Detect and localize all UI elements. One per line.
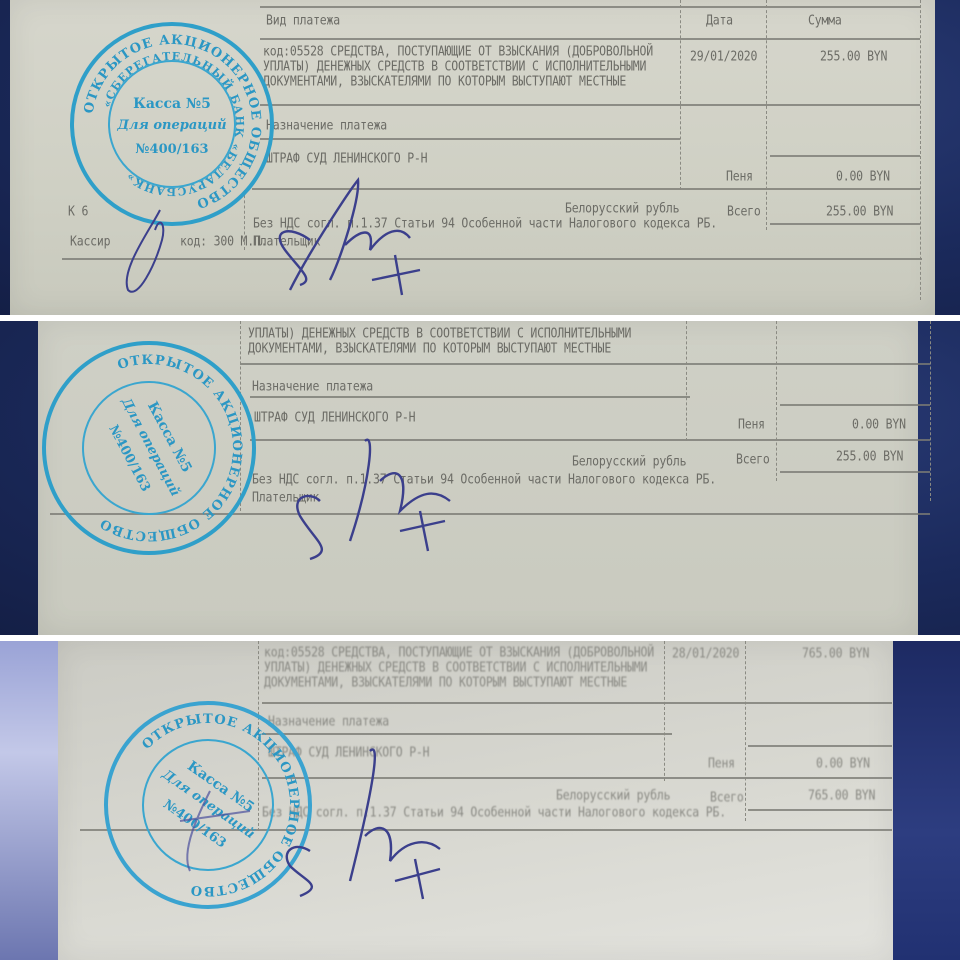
total-value: 255.00 BYN: [836, 448, 903, 464]
total-label: Всего: [736, 451, 770, 467]
vat-note: Без НДС согл. п.1.37 Статьи 94 Особенной…: [262, 804, 726, 820]
currency-label: Белорусский рубль: [556, 787, 670, 803]
payment-type-line: код:05528 СРЕДСТВА, ПОСТУПАЮЩИЕ ОТ ВЗЫСК…: [264, 644, 654, 660]
purpose-label: Назначение платежа: [268, 713, 389, 729]
receipt-photo-3: код:05528 СРЕДСТВА, ПОСТУПАЮЩИЕ ОТ ВЗЫСК…: [0, 641, 960, 960]
cashier-code: код: 300 М.П.: [180, 233, 267, 249]
light-background: [0, 641, 58, 960]
currency-label: Белорусский рубль: [572, 453, 686, 469]
total-label: Всего: [727, 203, 761, 219]
penalty-value: 0.00 BYN: [852, 416, 906, 432]
cashier-label: Кассир: [70, 233, 110, 249]
payment-type-line: УПЛАТЫ) ДЕНЕЖНЫХ СРЕДСТВ В СООТВЕТСТВИИ …: [264, 659, 647, 675]
purpose-value: ШТРАФ СУД ЛЕНИНСКОГО Р-Н: [266, 150, 427, 166]
vat-note: Без НДС согл. п.1.37 Статьи 94 Особенной…: [252, 471, 716, 487]
purpose-label: Назначение платежа: [266, 117, 387, 133]
total-value: 255.00 BYN: [826, 203, 893, 219]
date-label: Дата: [706, 12, 733, 28]
payment-type-line: УПЛАТЫ) ДЕНЕЖНЫХ СРЕДСТВ В СООТВЕТСТВИИ …: [263, 58, 646, 74]
payment-date: 29/01/2020: [690, 48, 757, 64]
bank-stamp: ОТКРЫТОЕ АКЦИОНЕРНОЕ ОБЩЕСТВО «СБЕРЕГАТЕ…: [70, 22, 274, 226]
payment-type-line: ДОКУМЕНТАМИ, ВЗЫСКАТЕЛЯМИ ПО КОТОРЫМ ВЫС…: [263, 73, 626, 89]
payment-type-line: ДОКУМЕНТАМИ, ВЗЫСКАТЕЛЯМИ ПО КОТОРЫМ ВЫС…: [248, 340, 611, 356]
currency-label: Белорусский рубль: [565, 200, 679, 216]
purpose-label: Назначение платежа: [252, 378, 373, 394]
purpose-value: ШТРАФ СУД ЛЕНИНСКОГО Р-Н: [254, 409, 415, 425]
amount-label: Сумма: [808, 12, 842, 28]
payment-date: 28/01/2020: [672, 645, 739, 661]
payment-amount: 765.00 BYN: [802, 645, 869, 661]
payment-type-line: код:05528 СРЕДСТВА, ПОСТУПАЮЩИЕ ОТ ВЗЫСК…: [263, 43, 653, 59]
receipt-photo-1: Вид платежа Дата Сумма код:05528 СРЕДСТВ…: [0, 0, 960, 315]
payment-amount: 255.00 BYN: [820, 48, 887, 64]
penalty-label: Пеня: [708, 755, 735, 771]
fabric-background: [890, 641, 960, 960]
total-value: 765.00 BYN: [808, 787, 875, 803]
penalty-value: 0.00 BYN: [836, 168, 890, 184]
penalty-label: Пеня: [738, 416, 765, 432]
stamp-center-line3: №400/163: [74, 142, 270, 157]
payment-type-line: УПЛАТЫ) ДЕНЕЖНЫХ СРЕДСТВ В СООТВЕТСТВИИ …: [248, 325, 631, 341]
payment-type-line: ДОКУМЕНТАМИ, ВЗЫСКАТЕЛЯМИ ПО КОТОРЫМ ВЫС…: [264, 674, 627, 690]
penalty-value: 0.00 BYN: [816, 755, 870, 771]
stamp-center-line1: Касса №5: [74, 96, 270, 112]
total-label: Всего: [710, 789, 744, 805]
stamp-center-line2: Для операций: [74, 118, 270, 133]
payment-type-label: Вид платежа: [266, 12, 340, 28]
receipt-photo-2: УПЛАТЫ) ДЕНЕЖНЫХ СРЕДСТВ В СООТВЕТСТВИИ …: [0, 321, 960, 635]
vat-note: Без НДС согл. п.1.37 Статьи 94 Особенной…: [253, 215, 717, 231]
penalty-label: Пеня: [726, 168, 753, 184]
